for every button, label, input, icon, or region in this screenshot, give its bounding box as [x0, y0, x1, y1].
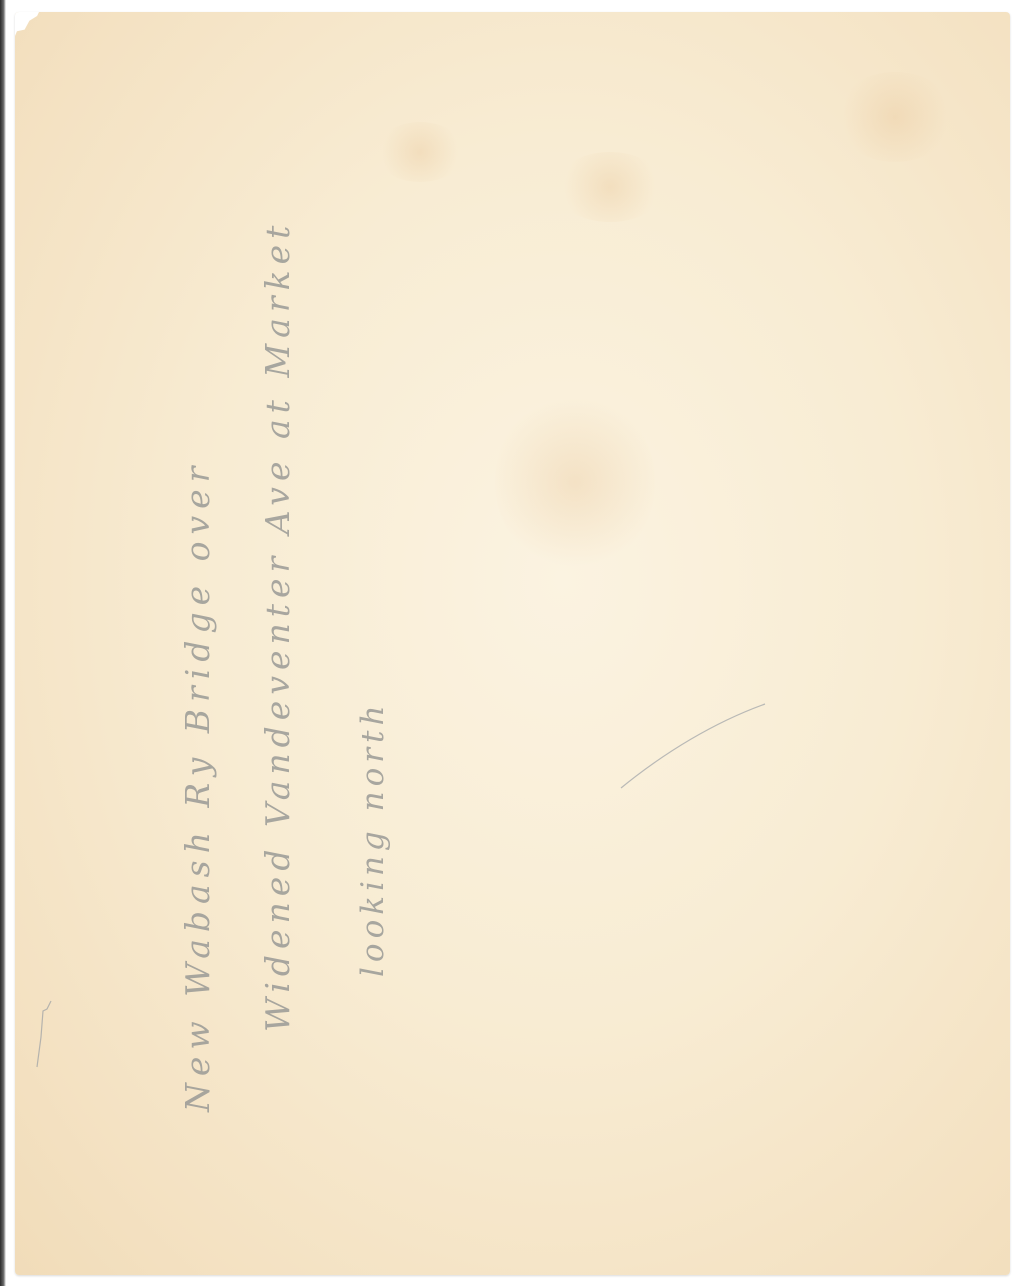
foxing-stain	[835, 72, 955, 162]
handwriting-line-2: Widened Vandeventer Ave at Market	[258, 220, 297, 1032]
torn-corner	[15, 12, 39, 52]
handwriting-line-3: looking north	[355, 701, 391, 977]
foxing-stain	[495, 392, 655, 572]
photo-back-paper: New Wabash Ry Bridge over Widened Vandev…	[15, 12, 1010, 1275]
foxing-stain	[555, 152, 665, 222]
foxing-stain	[375, 122, 465, 182]
scanned-document: New Wabash Ry Bridge over Widened Vandev…	[0, 0, 1024, 1286]
scanner-edge-shadow	[0, 0, 6, 1286]
handwriting-line-1: New Wabash Ry Bridge over	[178, 460, 217, 1112]
edge-crease-mark	[35, 997, 65, 1077]
stray-pencil-line	[615, 692, 785, 792]
